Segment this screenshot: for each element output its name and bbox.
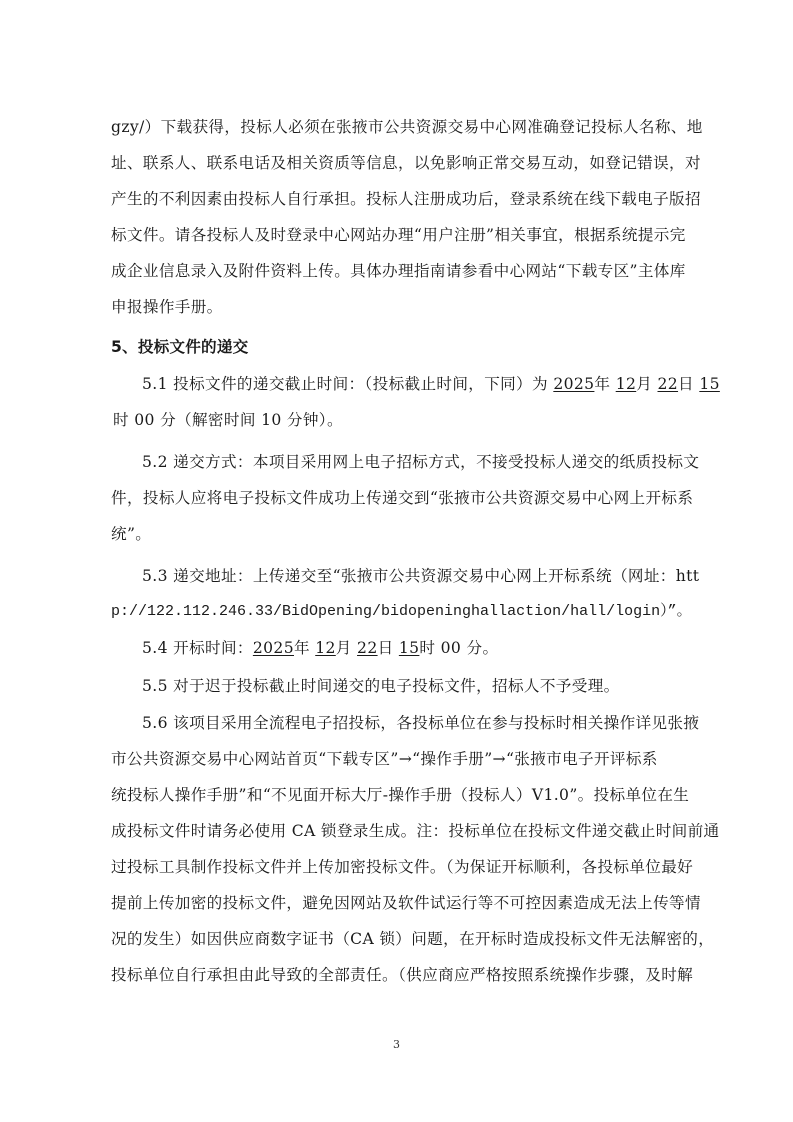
intro-line-2: 址、联系人、联系电话及相关资质等信息，以免影响正常交易互动，如登记错误，对 xyxy=(111,153,691,173)
deadline-month: 12 xyxy=(616,375,637,393)
item-5-6-line-1: 5.6 该项目采用全流程电子招投标，各投标单位在参与投标时相关操作详见张掖 xyxy=(142,713,722,733)
intro-line-6: 申报操作手册。 xyxy=(111,297,691,317)
deadline-day: 22 xyxy=(658,375,679,393)
item-5-6-line-6: 提前上传加密的投标文件，避免因网站及软件试运行等不可控因素造成无法上传等情 xyxy=(111,893,691,913)
month-unit: 月 xyxy=(336,639,352,657)
item-5-6-line-5: 过投标工具制作投标文件并上传加密投标文件。（为保证开标顺利，各投标单位最好 xyxy=(111,857,691,877)
opening-year: 2025 xyxy=(253,639,294,657)
item-5-3-line-1: 5.3 递交地址：上传递交至“张掖市公共资源交易中心网上开标系统（网址：htt xyxy=(142,566,722,586)
opening-day: 22 xyxy=(357,639,378,657)
intro-line-4: 标文件。请各投标人及时登录中心网站办理“用户注册”相关事宜，根据系统提示完 xyxy=(111,225,691,245)
opening-month: 12 xyxy=(315,639,336,657)
item-5-2-line-3: 统”。 xyxy=(111,524,691,544)
deadline-year: 2025 xyxy=(553,375,594,393)
month-unit: 月 xyxy=(636,375,652,393)
section-heading: 5、投标文件的递交 xyxy=(111,337,691,357)
item-5-4-prefix: 5.4 开标时间： xyxy=(142,639,253,657)
item-5-4: 5.4 开标时间：2025年 12月 22日 15时 00 分。 xyxy=(142,638,722,658)
item-5-2-line-1: 5.2 递交方式：本项目采用网上电子招标方式，不接受投标人递交的纸质投标文 xyxy=(142,452,722,472)
intro-line-3: 产生的不利因素由投标人自行承担。投标人注册成功后，登录系统在线下载电子版招 xyxy=(111,189,691,209)
item-5-6-line-3: 统投标人操作手册”和“不见面开标大厅-操作手册（投标人）V1.0”。投标单位在生 xyxy=(111,785,691,805)
item-5-5: 5.5 对于迟于投标截止时间递交的电子投标文件，招标人不予受理。 xyxy=(142,676,722,696)
item-5-2-line-2: 件，投标人应将电子投标文件成功上传递交到“张掖市公共资源交易中心网上开标系 xyxy=(111,488,691,508)
item-5-6-line-7: 况的发生）如因供应商数字证书（CA 锁）问题，在开标时造成投标文件无法解密的， xyxy=(111,929,691,949)
item-5-4-suffix: 时 00 分。 xyxy=(419,639,498,657)
year-unit: 年 xyxy=(294,639,310,657)
document-page: gzy/）下载获得，投标人必须在张掖市公共资源交易中心网准确登记投标人名称、地 … xyxy=(0,0,793,1122)
page-number: 3 xyxy=(0,1038,793,1051)
intro-line-1: gzy/）下载获得，投标人必须在张掖市公共资源交易中心网准确登记投标人名称、地 xyxy=(111,117,691,137)
bid-opening-url[interactable]: p://122.112.246.33/BidOpening/bidopening… xyxy=(111,602,691,622)
item-5-1-line-2: 时 00 分（解密时间 10 分钟）。 xyxy=(113,410,693,430)
day-unit: 日 xyxy=(678,375,694,393)
year-unit: 年 xyxy=(594,375,610,393)
item-5-6-line-2: 市公共资源交易中心网站首页“下载专区”→“操作手册”→“张掖市电子开评标系 xyxy=(111,749,691,769)
deadline-hour: 15 xyxy=(699,375,720,393)
item-5-6-line-8: 投标单位自行承担由此导致的全部责任。（供应商应严格按照系统操作步骤，及时解 xyxy=(111,965,691,985)
day-unit: 日 xyxy=(378,639,394,657)
intro-line-5: 成企业信息录入及附件资料上传。具体办理指南请参看中心网站“下载专区”主体库 xyxy=(111,261,691,281)
item-5-1-line-1: 5.1 投标文件的递交截止时间：（投标截止时间，下同）为 2025年 12月 2… xyxy=(142,374,722,394)
opening-hour: 15 xyxy=(399,639,420,657)
item-5-1-prefix: 5.1 投标文件的递交截止时间：（投标截止时间，下同）为 xyxy=(142,375,548,393)
item-5-6-line-4: 成投标文件时请务必使用 CA 锁登录生成。注：投标单位在投标文件递交截止时间前通 xyxy=(111,821,691,841)
